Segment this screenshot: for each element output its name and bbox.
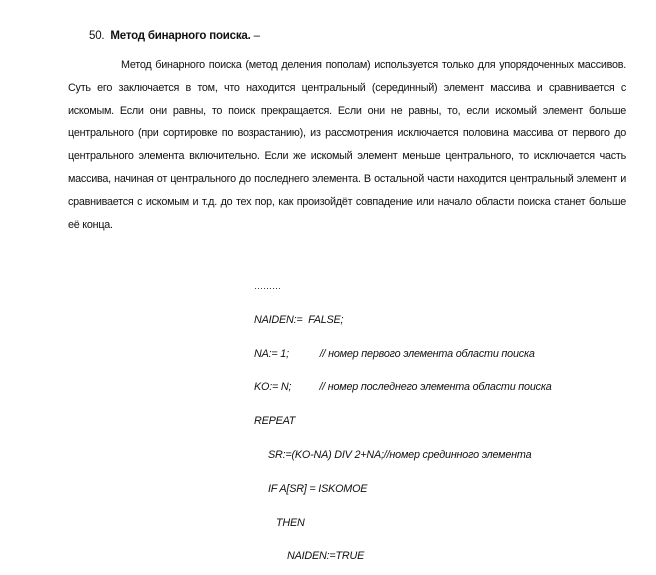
section-number: 50. — [89, 30, 104, 42]
code-line-then: THEN — [254, 513, 552, 547]
code-listing: ……… NAIDEN:= FALSE; NA:= 1; // номер пер… — [254, 276, 552, 575]
code-ellipsis: ……… — [254, 276, 552, 310]
code-text: NA:= 1; — [254, 348, 320, 360]
code-comment: // номер первого элемента области поиска — [320, 348, 535, 360]
section-title: Метод бинарного поиска. — [110, 30, 250, 42]
ellipsis-text: ……… — [254, 281, 281, 291]
code-line-naiden-true: NAIDEN:=TRUE — [254, 546, 552, 575]
code-line-na: NA:= 1; // номер первого элемента област… — [254, 344, 552, 378]
code-text: SR:=(KO-NA) DIV 2+NA; — [268, 449, 384, 461]
code-comment: // номер последнего элемента области пои… — [319, 381, 551, 393]
code-text: NAIDEN:=TRUE — [287, 550, 364, 562]
section-heading: 50.Метод бинарного поиска. – — [89, 28, 260, 44]
code-text: THEN — [276, 517, 305, 529]
section-dash: – — [251, 30, 260, 42]
code-line-repeat: REPEAT — [254, 411, 552, 445]
code-line-if: IF A[SR] = ISKOMOE — [254, 479, 552, 513]
code-line-sr: SR:=(KO-NA) DIV 2+NA;//номер срединного … — [254, 445, 552, 479]
code-line-ko: KO:= N; // номер последнего элемента обл… — [254, 377, 552, 411]
code-line-naiden-false: NAIDEN:= FALSE; — [254, 310, 552, 344]
code-text: REPEAT — [254, 415, 295, 427]
code-text: KO:= N; — [254, 381, 319, 393]
code-text: IF A[SR] = ISKOMOE — [268, 483, 367, 495]
code-text: NAIDEN:= FALSE; — [254, 314, 343, 326]
code-comment: //номер срединного элемента — [384, 449, 532, 461]
body-paragraph: Метод бинарного поиска (метод деления по… — [68, 54, 626, 236]
